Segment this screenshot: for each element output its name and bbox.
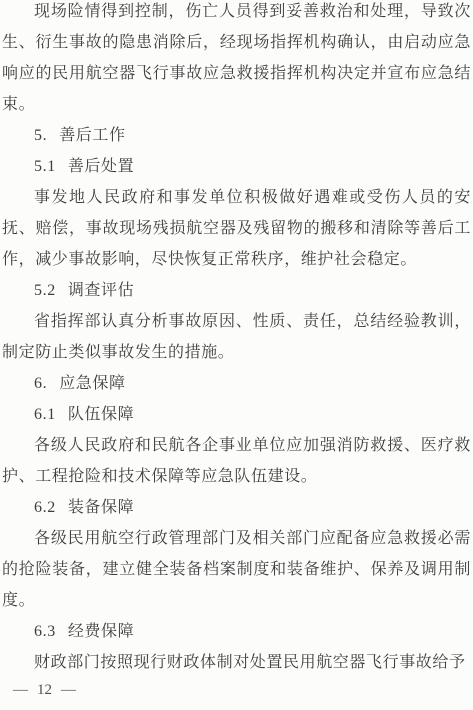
heading-title: 队伍保障	[68, 406, 134, 423]
heading-number: 6.2	[34, 499, 56, 516]
section-heading-5: 5.善后工作	[2, 120, 471, 151]
section-heading-5-2: 5.2调查评估	[2, 275, 471, 306]
heading-number: 6.	[34, 375, 47, 392]
page-footer: —12—	[13, 682, 76, 699]
heading-title: 经费保障	[68, 623, 134, 640]
section-heading-6-1: 6.1队伍保障	[2, 399, 471, 430]
footer-dash-right: —	[61, 682, 76, 699]
heading-number: 5.1	[34, 158, 56, 175]
paragraph-5-2: 省指挥部认真分析事故原因、性质、责任，总结经验教训，制定防止类似事故发生的措施。	[2, 306, 471, 368]
paragraph-6-2: 各级民用航空行政管理部门及相关部门应配备应急救援必需的抢险装备，建立健全装备档案…	[2, 523, 471, 616]
section-heading-6-2: 6.2装备保障	[2, 492, 471, 523]
paragraph-6-1: 各级人民政府和民航各企事业单位应加强消防救援、医疗救护、工程抢险和技术保障等应急…	[2, 430, 471, 492]
heading-number: 6.1	[34, 406, 56, 423]
heading-number: 5.2	[34, 282, 56, 299]
section-heading-6-3: 6.3经费保障	[2, 616, 471, 647]
document-page: 现场险情得到控制，伤亡人员得到妥善救治和处理，导致次生、衍生事故的隐患消除后，经…	[0, 0, 473, 706]
footer-dash-left: —	[13, 682, 28, 699]
document-body: 现场险情得到控制，伤亡人员得到妥善救治和处理，导致次生、衍生事故的隐患消除后，经…	[2, 0, 471, 678]
section-heading-5-1: 5.1善后处置	[2, 151, 471, 182]
heading-title: 善后处置	[68, 158, 134, 175]
heading-title: 善后工作	[59, 127, 125, 144]
section-heading-6: 6.应急保障	[2, 368, 471, 399]
heading-title: 调查评估	[68, 282, 134, 299]
heading-number: 6.3	[34, 623, 56, 640]
heading-number: 5.	[34, 127, 47, 144]
heading-title: 装备保障	[68, 499, 134, 516]
page-number: 12	[37, 682, 52, 699]
paragraph-6-3: 财政部门按照现行财政体制对处置民用航空器飞行事故给予	[2, 647, 471, 678]
paragraph-end-of-response: 现场险情得到控制，伤亡人员得到妥善救治和处理，导致次生、衍生事故的隐患消除后，经…	[2, 0, 471, 120]
heading-title: 应急保障	[59, 375, 125, 392]
paragraph-5-1: 事发地人民政府和事发单位积极做好遇难或受伤人员的安抚、赔偿，事故现场残损航空器及…	[2, 182, 471, 275]
